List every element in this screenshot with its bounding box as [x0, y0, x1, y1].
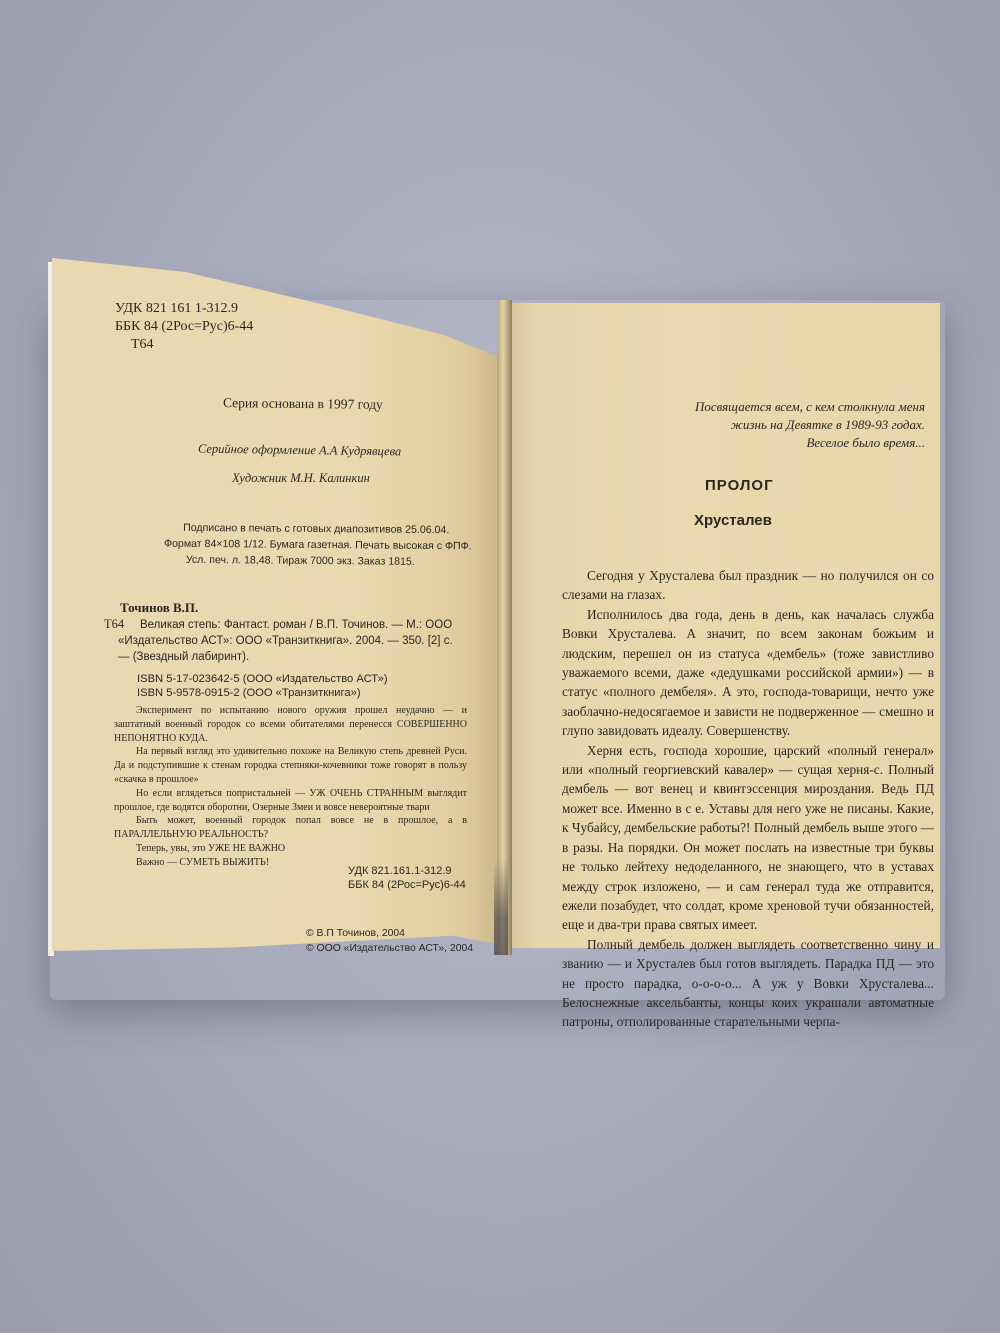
annotation-paragraph: На первый взгляд это удивительно похоже …: [114, 745, 467, 786]
udk-code: УДК 821 161 1-312.9: [115, 300, 253, 318]
header-codes: УДК 821 161 1-312.9 ББК 84 (2Рос=Рус)6-4…: [115, 300, 253, 354]
design-credit: Серийное оформление А.А Кудрявцева: [198, 442, 401, 460]
chapter-title: ПРОЛОГ: [705, 477, 774, 494]
bbk-code: ББК 84 (2Рос=Рус)6-44: [115, 318, 253, 336]
isbn-block: ISBN 5-17-023642-5 (ООО «Издательство АС…: [137, 672, 388, 700]
series-note: Серия основана в 1997 году: [223, 395, 383, 413]
imprint-line: Усл. печ. л. 18,48. Тираж 7000 экз. Зака…: [164, 552, 472, 571]
artist-credit: Художник М.Н. Калинкин: [232, 471, 370, 486]
body-paragraph: Сегодня у Хрусталева был праздник — но п…: [562, 566, 934, 605]
bbk-code: ББК 84 (2Рос=Рус)6-44: [348, 878, 466, 892]
section-title: Хрусталев: [694, 512, 772, 529]
udk-code: УДК 821.161.1-312.9: [348, 864, 466, 878]
epigraph-line: жизнь на Девятке в 1989-93 годах.: [650, 416, 925, 434]
body-paragraph: Исполнилось два года, день в день, как н…: [562, 605, 934, 741]
epigraph-line: Веселое было время...: [650, 434, 925, 452]
annotation-paragraph: Быть может, военный городок попал вовсе …: [114, 814, 467, 842]
book-gutter: [497, 300, 512, 955]
epigraph-line: Посвящается всем, с кем столкнула меня: [650, 398, 925, 416]
body-paragraph: Херня есть, господа хорошие, царский «по…: [562, 741, 934, 935]
imprint-block: Подписано в печать с готовых диапозитиво…: [164, 520, 472, 571]
copyright-line: © В.П Точинов, 2004: [306, 926, 473, 941]
body-text: Сегодня у Хрусталева был праздник — но п…: [562, 566, 934, 1032]
body-paragraph: Полный дембель должен выглядеть соответс…: [562, 935, 934, 1032]
author-sign: Т64: [115, 336, 253, 354]
copyright-line: © ООО «Издательство АСТ», 2004: [306, 941, 473, 956]
annotation-paragraph: Теперь, увы, это УЖЕ НЕ ВАЖНО: [114, 842, 467, 856]
annotation: Эксперимент по испытанию нового оружия п…: [114, 704, 467, 870]
catalog-entry: Великая степь: Фантаст. роман / В.П. Точ…: [118, 617, 466, 665]
isbn-line: ISBN 5-17-023642-5 (ООО «Издательство АС…: [137, 672, 388, 686]
book-spine: [494, 860, 508, 955]
copyright-block: © В.П Точинов, 2004 © ООО «Издательство …: [306, 926, 473, 956]
annotation-paragraph: Но если вглядеться попристальней — УЖ ОЧ…: [114, 787, 467, 815]
annotation-paragraph: Эксперимент по испытанию нового оружия п…: [114, 704, 467, 745]
footer-codes: УДК 821.161.1-312.9 ББК 84 (2Рос=Рус)6-4…: [348, 864, 466, 892]
author-name: Точинов В.П.: [120, 600, 198, 616]
isbn-line: ISBN 5-9578-0915-2 (ООО «Транзиткнига»): [137, 686, 388, 700]
epigraph: Посвящается всем, с кем столкнула меня ж…: [650, 398, 925, 452]
